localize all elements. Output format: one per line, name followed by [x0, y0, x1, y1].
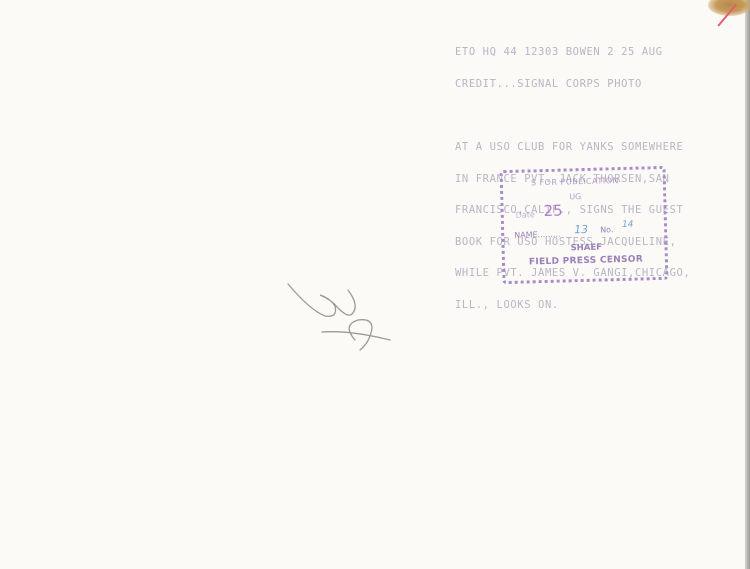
stamp-date-day: 25 [543, 202, 563, 220]
censor-stamp: S FOR PUBLICATION UG Date 25 NAME.......… [500, 166, 669, 284]
handwritten-number [280, 270, 400, 370]
paper-edge [745, 0, 750, 569]
caption-line: AT A USO CLUB FOR YANKS SOMEWHERE [455, 142, 690, 153]
caption-line: ILL., LOOKS ON. [455, 300, 690, 311]
stamp-number-value: 14 [622, 220, 634, 230]
stamp-agency: SHAEF [570, 243, 602, 254]
stamp-date-prefix: Date [516, 210, 535, 219]
stamp-number-label: No. [600, 225, 614, 234]
stamp-name-label: NAME......... [514, 230, 561, 240]
stamp-name-value: 13 [574, 223, 588, 236]
caption-gap [455, 110, 690, 121]
stamp-office: FIELD PRESS CENSOR [529, 254, 643, 267]
stamp-month-line: UG [569, 192, 581, 201]
stamp-publication-line: S FOR PUBLICATION [531, 176, 619, 187]
caption-line: ETO HQ 44 12303 BOWEN 2 25 AUG [455, 47, 690, 58]
caption-line: CREDIT...SIGNAL CORPS PHOTO [455, 79, 690, 90]
